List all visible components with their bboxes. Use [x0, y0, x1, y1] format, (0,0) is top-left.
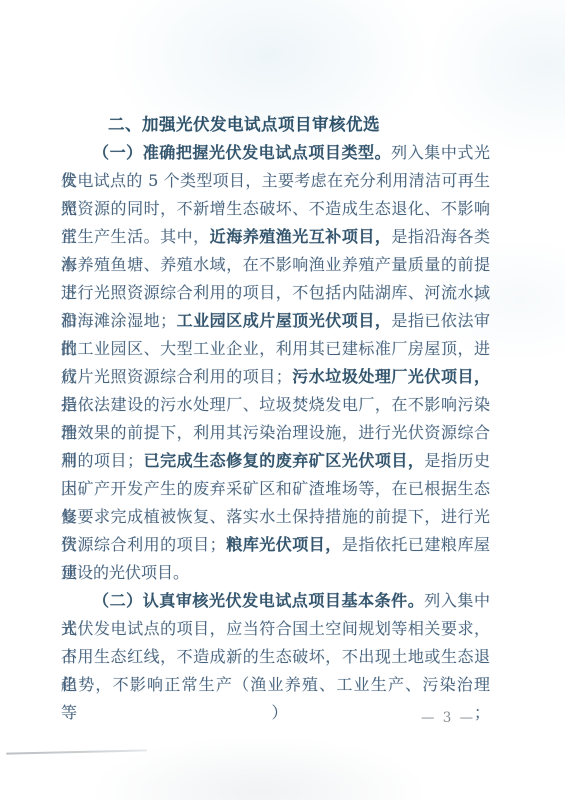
text-line: 复要求完成植被恢复、落实水土保持措施的前提下，进行光伏	[61, 503, 490, 531]
document-body: 二、加强光伏发电试点项目审核优选 （一）准确把握光伏发电试点项目类型。列入集中式…	[61, 111, 490, 699]
text-line: 资源综合利用的项目；粮库光伏项目，是指依托已建粮库屋顶	[61, 531, 490, 559]
project-type-bold: 已完成生态修复的废弃矿区光伏项目，	[143, 451, 424, 470]
text-segment: 成片光照资源综合利用的项目；	[61, 367, 292, 386]
text-line: 光伏发电试点的项目，应当符合国土空间规划等相关要求，不	[61, 615, 490, 643]
text-line: 趋势，不影响正常生产（渔业养殖、工业生产、污染治理等）；	[61, 671, 490, 699]
text-line: 占用生态红线，不造成新的生态破坏，不出现土地或生态退化	[61, 643, 490, 671]
page-number: — 3 —	[421, 710, 475, 726]
text-segment: 建设的光伏项目。	[61, 563, 189, 582]
project-type-bold: 污水垃圾处理厂光伏项目，	[292, 367, 490, 386]
text-line: 照资源的同时，不新增生态破坏、不造成生态退化、不影响正	[61, 195, 490, 223]
paragraph-lead-bold: （二）认真审核光伏发电试点项目基本条件。	[93, 591, 424, 610]
text-segment: 用的项目；	[61, 451, 143, 470]
project-type-bold: 粮库光伏项目，	[226, 535, 342, 554]
text-line: 沿海滩涂湿地；工业园区成片屋顶光伏项目，是指已依法审批	[61, 307, 490, 335]
text-line: 建设的光伏项目。	[61, 559, 490, 587]
section-heading: 二、加强光伏发电试点项目审核优选	[61, 111, 490, 139]
text-line: （二）认真审核光伏发电试点项目基本条件。列入集中式	[61, 587, 490, 615]
text-segment: 常生产生活。其中，	[61, 227, 210, 246]
text-line: （一）准确把握光伏发电试点项目类型。列入集中式光伏	[61, 139, 490, 167]
text-line: 水养殖鱼塘、养殖水域，在不影响渔业养殖产量质量的前提下，	[61, 251, 490, 279]
text-segment: 沿海滩涂湿地；	[61, 311, 176, 330]
text-line: 用的项目；已完成生态修复的废弃矿区光伏项目，是指历史上	[61, 447, 490, 475]
project-type-bold: 近海养殖渔光互补项目，	[210, 227, 392, 246]
text-line: 指依法建设的污水处理厂、垃圾焚烧发电厂，在不影响污染治	[61, 391, 490, 419]
text-line: 常生产生活。其中，近海养殖渔光互补项目，是指沿海各类海	[61, 223, 490, 251]
project-type-bold: 工业园区成片屋顶光伏项目，	[176, 311, 391, 330]
scan-line-artifact	[6, 749, 147, 754]
text-line: 进行光照资源综合利用的项目，不包括内陆湖库、河流水域和	[61, 279, 490, 307]
text-line: 因矿产开发产生的废弃采矿区和矿渣堆场等，在已根据生态修	[61, 475, 490, 503]
text-line: 理效果的前提下，利用其污染治理设施，进行光伏资源综合利	[61, 419, 490, 447]
paragraph-lead-bold: （一）准确把握光伏发电试点项目类型。	[93, 143, 391, 162]
text-line: 的工业园区、大型工业企业，利用其已建标准厂房屋顶，进行	[61, 335, 490, 363]
text-line: 成片光照资源综合利用的项目；污水垃圾处理厂光伏项目，是	[61, 363, 490, 391]
document-page: 二、加强光伏发电试点项目审核优选 （一）准确把握光伏发电试点项目类型。列入集中式…	[0, 0, 565, 800]
text-line: 发电试点的 5 个类型项目，主要考虑在充分利用清洁可再生光	[61, 167, 490, 195]
text-segment: 资源综合利用的项目；	[61, 535, 226, 554]
